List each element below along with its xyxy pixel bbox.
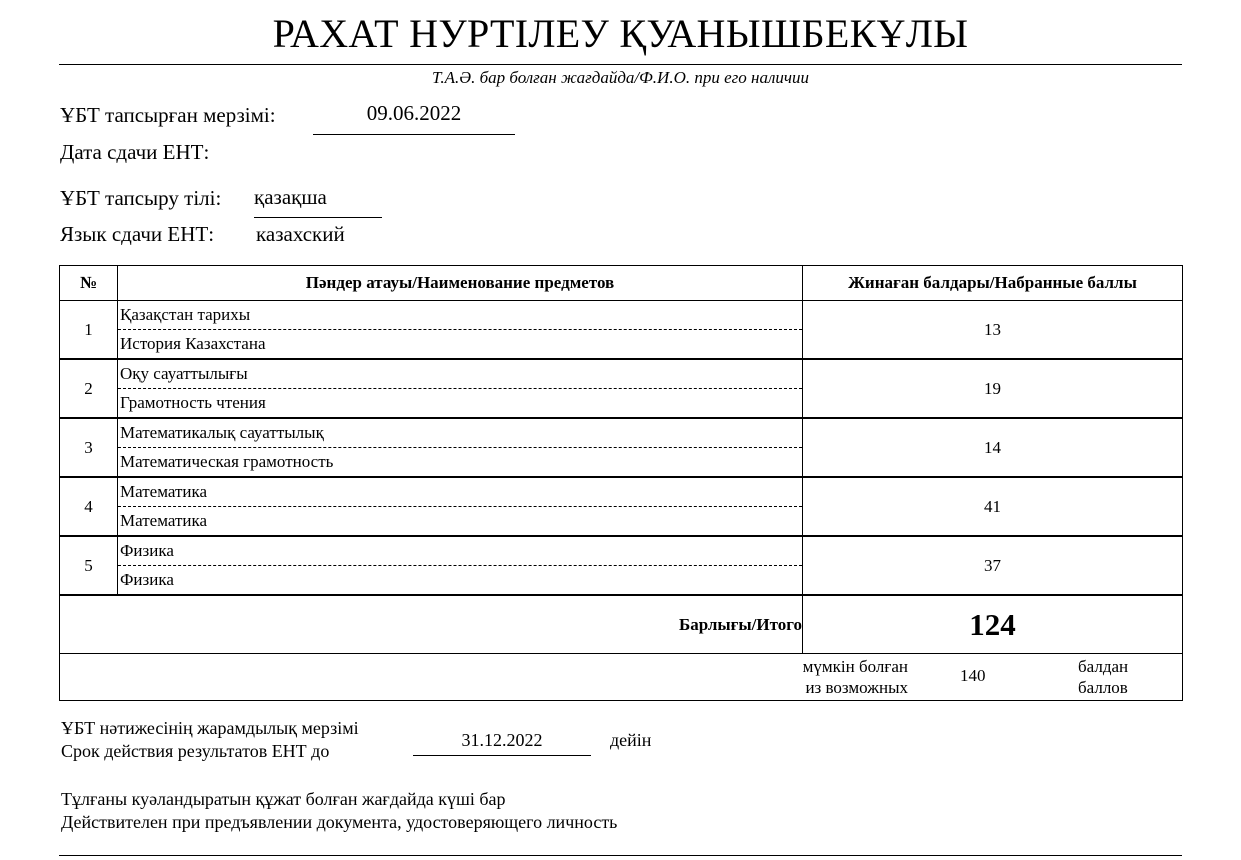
max-suffix-kz: балдан: [1078, 656, 1128, 677]
subject-kz: Математика: [118, 478, 802, 507]
max-label-ru: из возможных: [786, 677, 908, 698]
header-score: Жинаған балдары/Набранные баллы: [803, 266, 1183, 301]
row-score: 37: [803, 536, 1183, 595]
exam-language-value-ru: казахский: [256, 222, 345, 247]
total-value: 124: [803, 595, 1183, 654]
subject-kz: Қазақстан тарихы: [118, 301, 802, 330]
footer-note-ru: Действителен при предъявлении документа,…: [61, 812, 617, 833]
row-subject: Оқу сауаттылығыГрамотность чтения: [118, 359, 803, 418]
row-score: 14: [803, 418, 1183, 477]
row-number: 5: [60, 536, 118, 595]
exam-language-value-kz: қазақша: [254, 185, 382, 218]
scores-table: № Пәндер атауы/Наименование предметов Жи…: [59, 265, 1183, 701]
validity-suffix: дейін: [610, 730, 651, 751]
subject-ru: История Казахстана: [118, 330, 802, 358]
row-score: 19: [803, 359, 1183, 418]
subject-ru: Физика: [118, 566, 802, 594]
max-label-kz: мүмкін болған: [786, 656, 908, 677]
exam-language-label-kz: ҰБТ тапсыру тілі:: [60, 186, 221, 211]
table-row: 4МатематикаМатематика41: [60, 477, 1183, 536]
max-suffix-ru: баллов: [1078, 677, 1128, 698]
validity-label-kz: ҰБТ нәтижесінің жарамдылық мерзімі: [61, 718, 359, 739]
header-subject: Пәндер атауы/Наименование предметов: [118, 266, 803, 301]
row-number: 1: [60, 301, 118, 360]
row-number: 4: [60, 477, 118, 536]
validity-label-ru: Срок действия результатов ЕНТ до: [61, 741, 329, 762]
footer-note-kz: Тұлғаны куәландыратын құжат болған жағда…: [61, 789, 506, 810]
subject-kz: Математикалық сауаттылық: [118, 419, 802, 448]
row-number: 2: [60, 359, 118, 418]
table-row: 5ФизикаФизика37: [60, 536, 1183, 595]
subject-ru: Грамотность чтения: [118, 389, 802, 417]
bottom-divider: [59, 855, 1182, 856]
row-subject: МатематикаМатематика: [118, 477, 803, 536]
subject-kz: Физика: [118, 537, 802, 566]
validity-date: 31.12.2022: [413, 730, 591, 756]
full-name-title: РАХАТ НУРТІЛЕУ ҚУАНЫШБЕКҰЛЫ: [0, 10, 1241, 57]
exam-language-label-ru: Язык сдачи ЕНТ:: [60, 222, 214, 247]
row-subject: Математикалық сауаттылықМатематическая г…: [118, 418, 803, 477]
total-row: Барлығы/Итого 124: [60, 595, 1183, 654]
row-subject: Қазақстан тарихыИстория Казахстана: [118, 301, 803, 360]
subject-ru: Математика: [118, 507, 802, 535]
row-subject: ФизикаФизика: [118, 536, 803, 595]
header-number: №: [60, 266, 118, 301]
exam-date-value: 09.06.2022: [313, 101, 515, 135]
subject-kz: Оқу сауаттылығы: [118, 360, 802, 389]
exam-date-label-ru: Дата сдачи ЕНТ:: [60, 140, 209, 165]
max-value: 140: [960, 666, 986, 686]
row-score: 41: [803, 477, 1183, 536]
max-row: мүмкін болған из возможных 140 балдан ба…: [60, 654, 1183, 701]
row-number: 3: [60, 418, 118, 477]
table-row: 2Оқу сауаттылығыГрамотность чтения19: [60, 359, 1183, 418]
row-score: 13: [803, 301, 1183, 360]
table-row: 1Қазақстан тарихыИстория Казахстана13: [60, 301, 1183, 360]
name-caption: Т.А.Ә. бар болған жағдайда/Ф.И.О. при ег…: [0, 68, 1241, 88]
total-label: Барлығы/Итого: [60, 595, 803, 654]
subject-ru: Математическая грамотность: [118, 448, 802, 476]
title-divider: [59, 64, 1182, 65]
table-row: 3Математикалық сауаттылықМатематическая …: [60, 418, 1183, 477]
exam-date-label-kz: ҰБТ тапсырған мерзімі:: [60, 103, 276, 128]
